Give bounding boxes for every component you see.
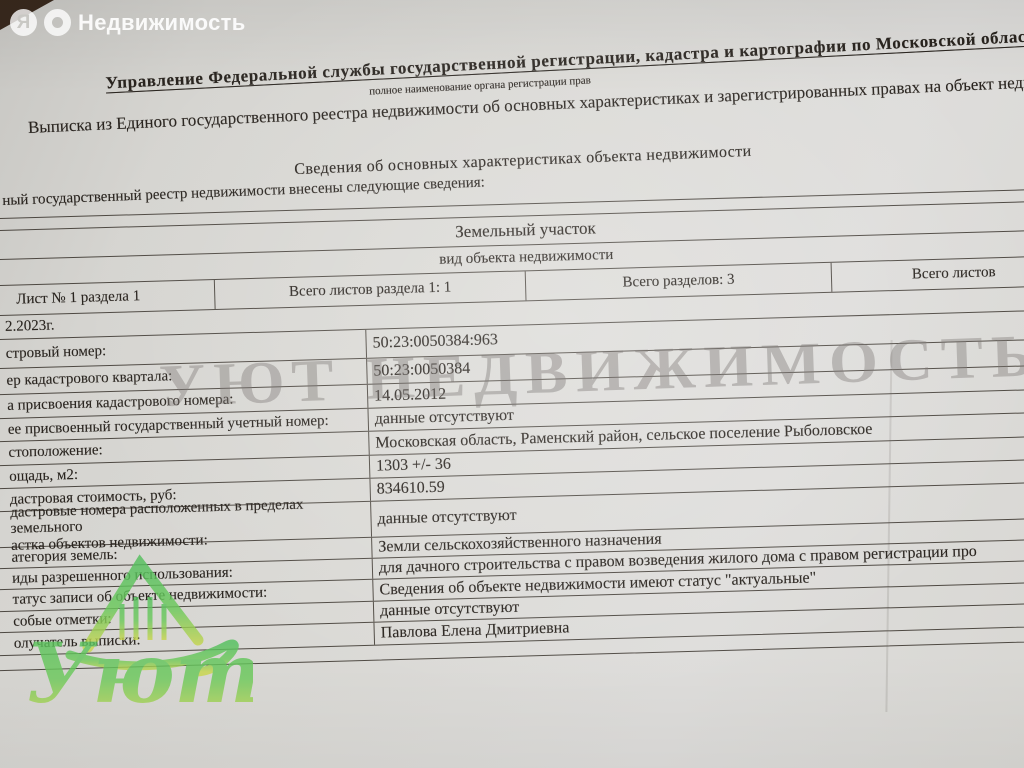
- object-type: Земельный участок: [455, 218, 596, 242]
- section-title: Сведения об основных характеристиках объ…: [268, 142, 778, 180]
- yandex-watermark-label: Недвижимость: [78, 10, 246, 36]
- circle-logo-icon: [44, 9, 71, 36]
- sheet-cell: Всего листов: [832, 255, 1024, 292]
- object-type-caption: вид объекта недвижимости: [439, 247, 614, 269]
- intro-line: ный государственный реестр недвижимости …: [2, 174, 485, 210]
- date-fragment: 2.2023г.: [0, 318, 55, 338]
- uyut-logo-text: Уют: [26, 626, 253, 717]
- yandex-logo-icon: Я: [10, 9, 37, 36]
- yandex-letter: Я: [17, 12, 31, 34]
- yandex-realty-watermark: Я Недвижимость: [10, 9, 246, 36]
- document-photo: Я Недвижимость Управление Федеральной сл…: [0, 0, 1024, 768]
- uyut-agency-logo: Уют: [18, 552, 253, 717]
